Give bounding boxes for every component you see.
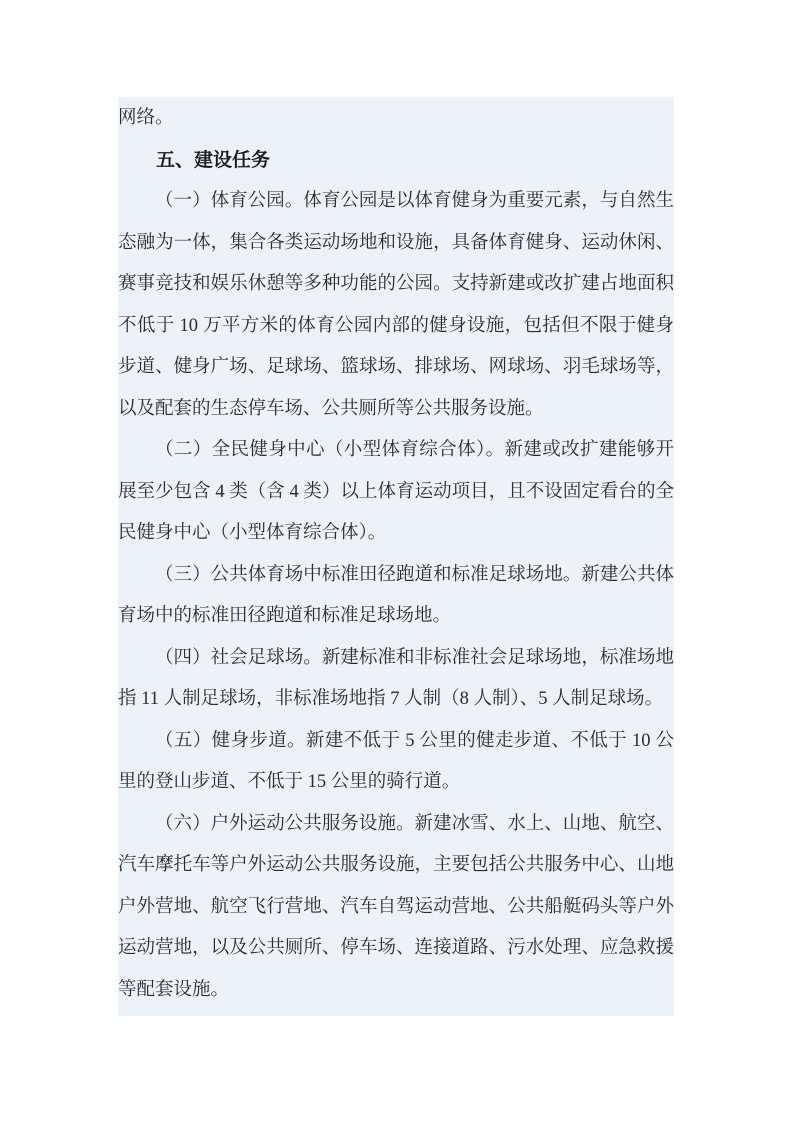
paragraph-outdoor-sports-facilities: （六）户外运动公共服务设施。新建冰雪、水上、山地、航空、汽车摩托车等户外运动公共… [118, 804, 674, 1012]
paragraph-social-football-field: （四）社会足球场。新建标准和非标准社会足球场地，标准场地指 11 人制足球场，非… [118, 638, 674, 721]
paragraph-sports-park: （一）体育公园。体育公园是以体育健身为重要元素，与自然生态融为一体，集合各类运动… [118, 181, 674, 430]
document-page: 网络。 五、建设任务 （一）体育公园。体育公园是以体育健身为重要元素，与自然生态… [0, 0, 793, 1122]
document-text-area: 网络。 五、建设任务 （一）体育公园。体育公园是以体育健身为重要元素，与自然生态… [118, 97, 674, 1016]
paragraph-public-stadium: （三）公共体育场中标准田径跑道和标准足球场地。新建公共体育场中的标准田径跑道和标… [118, 555, 674, 638]
paragraph-continuation: 网络。 [118, 98, 674, 140]
paragraph-fitness-center: （二）全民健身中心（小型体育综合体）。新建或改扩建能够开展至少包含 4 类（含 … [118, 430, 674, 555]
paragraph-fitness-trail: （五）健身步道。新建不低于 5 公里的健走步道、不低于 10 公里的登山步道、不… [118, 721, 674, 804]
section-heading: 五、建设任务 [118, 140, 674, 182]
